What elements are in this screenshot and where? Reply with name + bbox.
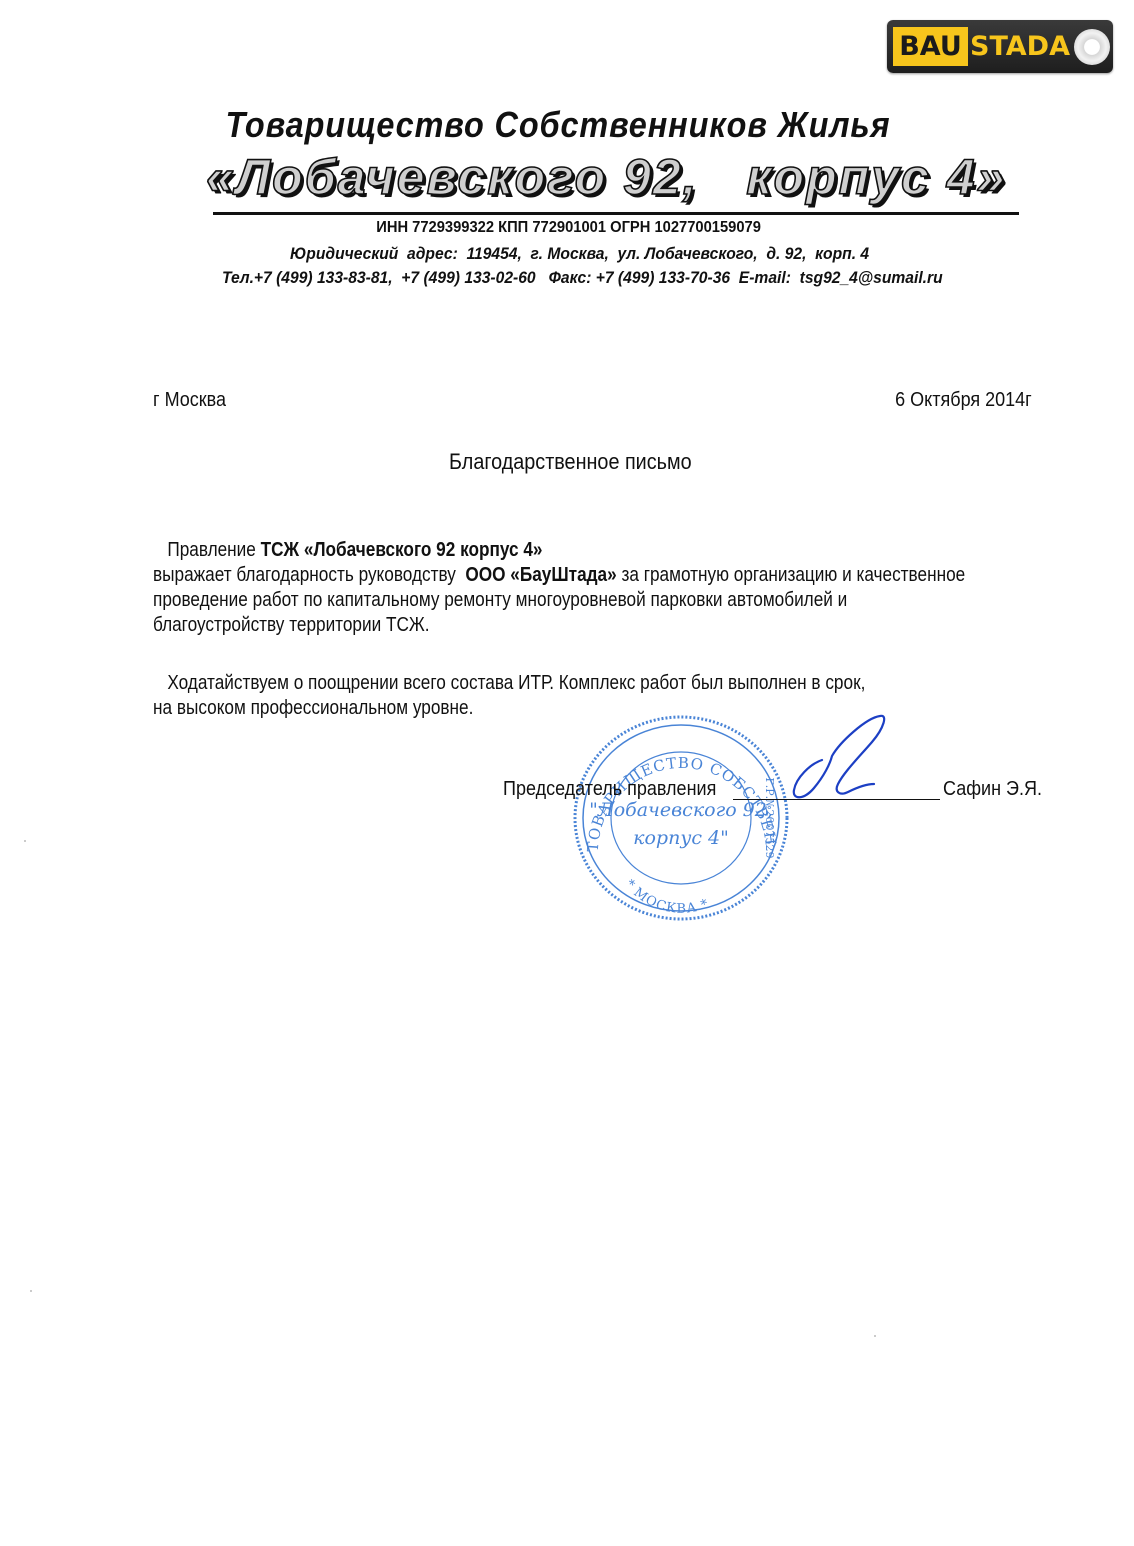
logo-disc-icon: [1074, 29, 1110, 65]
official-stamp: ТОВАРИЩЕСТВО СОБСТВЕННИКОВ ЖИЛЬЯ * МОСКВ…: [570, 712, 792, 924]
stamp-center-line2: корпус 4": [633, 827, 729, 849]
p1-line2-a: выражает благодарность руководству: [153, 564, 465, 586]
scan-speck: [24, 840, 26, 842]
letterhead-divider: [213, 212, 1019, 215]
letter-date: 6 Октября 2014г: [895, 389, 1032, 412]
p2-line1: Ходатайствуем о поощрении всего состава …: [153, 672, 865, 694]
p1-line2-b: за грамотную организацию и качественное: [617, 564, 966, 586]
letter-title: Благодарственное письмо: [60, 449, 1081, 475]
logo-bau: BAU: [893, 27, 968, 66]
letterhead-contacts: Тел.+7 (499) 133-83-81, +7 (499) 133-02-…: [222, 268, 943, 288]
scan-speck: [30, 1290, 32, 1292]
letterhead-registration: ИНН 7729399322 КПП 772901001 ОГРН 102770…: [0, 219, 1134, 237]
stamp-reg-number: Г.Р.№2007529: [763, 777, 776, 858]
signatory-name: Сафин Э.Я.: [943, 778, 1042, 801]
signatory-title: Председатель правления: [503, 778, 716, 801]
p1-line3: проведение работ по капитальному ремонту…: [153, 589, 847, 611]
stamp-center-line1: "Лобачевского 92,: [589, 799, 773, 821]
letterhead-title: Товарищество Собственников Жилья: [0, 104, 1116, 146]
logo-stada: STADA: [970, 31, 1070, 62]
handwritten-signature: [780, 712, 890, 804]
letterhead-org-name: «Лобачевского 92, корпус 4»: [206, 148, 1036, 206]
scan-speck: [874, 1335, 876, 1337]
letter-place: г Москва: [153, 389, 226, 412]
p1-company: ООО «БауШтада»: [465, 564, 616, 586]
p2-line2: на высоком профессиональном уровне.: [153, 697, 473, 719]
p1-intro: Правление: [153, 539, 261, 561]
baustada-logo: BAU STADA: [887, 20, 1113, 73]
p1-line4: благоустройству территории ТСЖ.: [153, 614, 430, 636]
p1-org: ТСЖ «Лобачевского 92 корпус 4»: [261, 539, 543, 561]
letterhead-address: Юридический адрес: 119454, г. Москва, ул…: [290, 244, 869, 264]
letter-paragraph-1: Правление ТСЖ «Лобачевского 92 корпус 4»…: [153, 538, 965, 638]
